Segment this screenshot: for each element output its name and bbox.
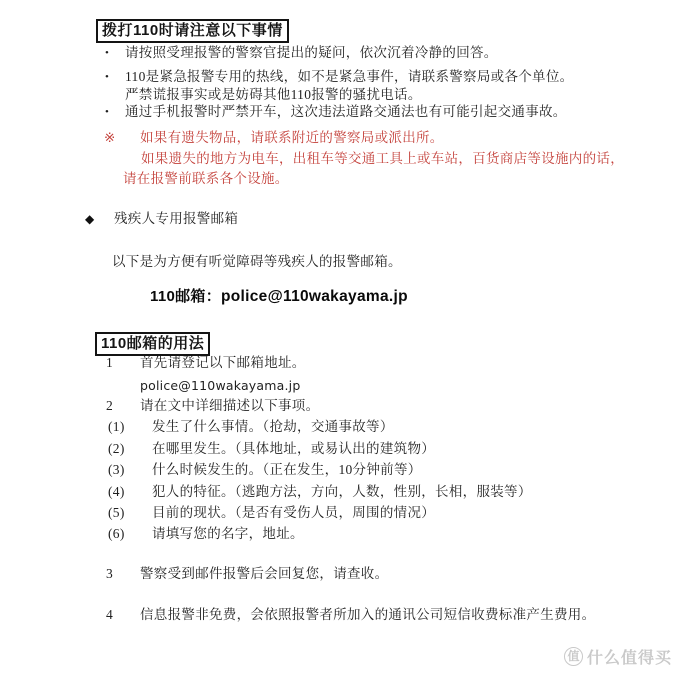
- call-bullet-2: 110是紧急报警专用的热线，如不是紧急事件，请联系警察局或各个单位。: [125, 68, 573, 86]
- substep-text: 在哪里发生。（具体地址，或易认出的建筑物）: [152, 440, 435, 458]
- step-4-text: 信息报警非免费，会依照报警者所加入的通讯公司短信收费标准产生费用。: [140, 606, 595, 624]
- step-3-text: 警察受到邮件报警后会回复您，请查收。: [140, 565, 388, 583]
- substep-number: (4): [108, 483, 125, 501]
- substep-number: (6): [108, 525, 125, 543]
- smzdm-logo-icon: 值: [564, 647, 583, 666]
- mailbox-heading: 残疾人专用报警邮箱: [114, 210, 238, 228]
- mailbox-email-address: police@110wakayama.jp: [221, 288, 408, 305]
- mailbox-email-label: 110邮箱：: [150, 288, 221, 305]
- smzdm-watermark: 值 什么值得买: [564, 645, 672, 668]
- note-line-2: 如果遗失的地方为电车，出租车等交通工具上或车站，百货商店等设施内的话，: [141, 150, 624, 168]
- bullet-icon: •: [105, 103, 109, 121]
- note-asterisk-icon: ※: [104, 129, 116, 147]
- substep-text: 发生了什么事情。（抢劫，交通事故等）: [152, 418, 394, 436]
- note-line-1: 如果有遗失物品，请联系附近的警察局或派出所。: [140, 129, 444, 147]
- step-2-number: 2: [106, 397, 113, 415]
- watermark-text: 什么值得买: [587, 645, 672, 668]
- substep-text: 目前的现状。（是否有受伤人员，周围的情况）: [152, 504, 435, 522]
- substep-number: (3): [108, 461, 125, 479]
- substep-number: (2): [108, 440, 125, 458]
- section-usage-title: 110邮箱的用法: [95, 332, 210, 356]
- substep-text: 请填写您的名字，地址。: [152, 525, 304, 543]
- step-3-number: 3: [106, 565, 113, 583]
- note-line-3: 请在报警前联系各个设施。: [123, 170, 289, 188]
- call-bullet-1: 请按照受理报警的警察官提出的疑问，依次沉着冷静的回答。: [125, 44, 498, 62]
- step-2-text: 请在文中详细描述以下事项。: [140, 397, 319, 415]
- substep-text: 犯人的特征。（逃跑方法，方向，人数，性别，长相，服装等）: [152, 483, 532, 501]
- bullet-icon: •: [105, 44, 109, 62]
- call-bullet-2-continuation: 严禁谎报事实或是妨碍其他110报警的骚扰电话。: [125, 86, 422, 104]
- section-call-title: 拨打110时请注意以下事情: [96, 19, 289, 43]
- call-bullet-3: 通过手机报警时严禁开车，这次违法道路交通法也有可能引起交通事故。: [125, 103, 567, 121]
- substep-number: (5): [108, 504, 125, 522]
- step-1-text: 首先请登记以下邮箱地址。: [140, 354, 306, 372]
- step-4-number: 4: [106, 606, 113, 624]
- mailbox-description: 以下是为方便有听觉障碍等残疾人的报警邮箱。: [112, 253, 402, 271]
- substep-number: (1): [108, 418, 125, 436]
- substep-text: 什么时候发生的。（正在发生，10分钟前等）: [152, 461, 422, 479]
- document-page: { "colors": { "text": "#1f1f1f", "red_no…: [0, 0, 680, 677]
- bullet-icon: •: [105, 68, 109, 86]
- step-1-email-address: police@110wakayama.jp: [140, 377, 301, 395]
- mailbox-email-line: 110邮箱：police@110wakayama.jp: [150, 287, 408, 307]
- diamond-bullet-icon: ◆: [85, 210, 94, 228]
- step-1-number: 1: [106, 354, 113, 372]
